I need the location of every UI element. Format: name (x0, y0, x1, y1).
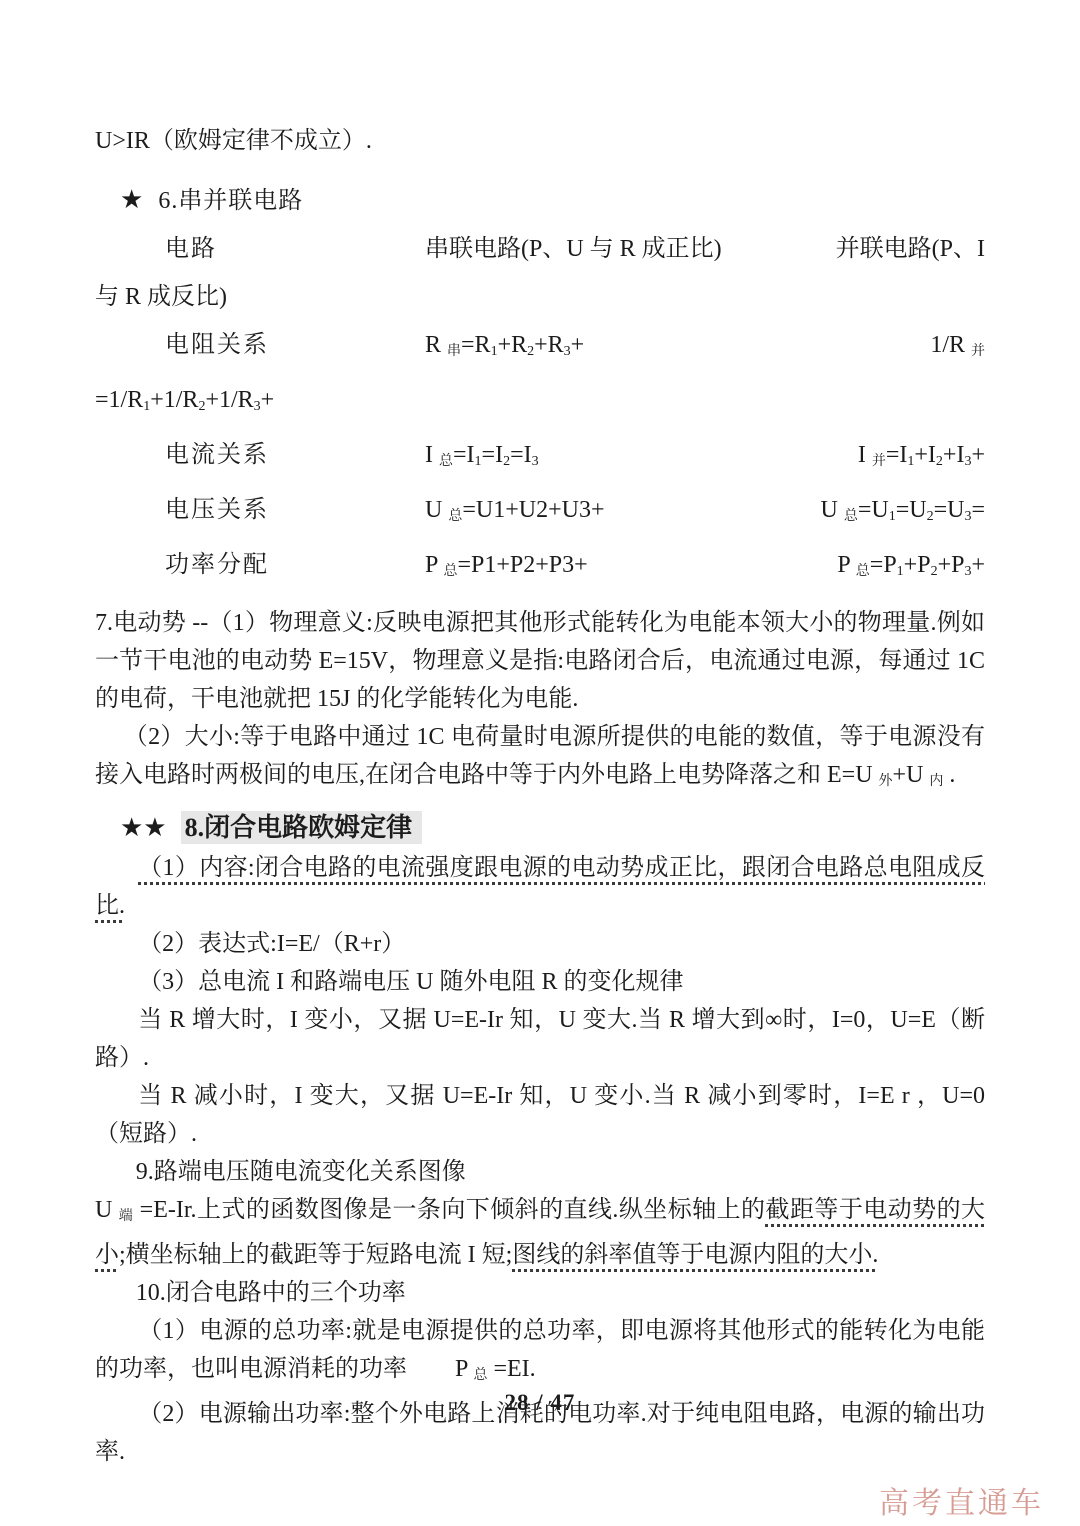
section8-heading: ★★8.闭合电路欧姆定律 (95, 807, 985, 849)
table-row-current: 电流关系 I 总=I1=I2=I3 I 并=I1+I2+I3+ (95, 431, 985, 486)
table-row-resistance-wrap: =1/R1+1/R2+1/R3+ (95, 376, 985, 431)
parallel-voltage-formula: U 总=U1=U2=U3= (725, 486, 985, 541)
document-page: U>IR（欧姆定律不成立）. ★6.串并联电路 电路 串联电路(P、U 与 R … (0, 0, 1080, 1526)
table-row-power: 功率分配 P 总=P1+P2+P3+ P 总=P1+P2+P3+ (95, 541, 985, 596)
table-row-header: 电路 串联电路(P、U 与 R 成正比) 并联电路(P、I (95, 225, 985, 273)
section10: 10.闭合电路中的三个功率 （1）电源的总功率:就是电源提供的总功率，即电源将其… (95, 1274, 985, 1471)
table-cell-parallel: 并联电路(P、I (725, 225, 985, 273)
series-voltage-formula: U 总=U1+U2+U3+ (365, 486, 725, 541)
section8-content: （1）内容:闭合电路的电流强度跟电源的电动势成正比，跟闭合电路总电阻成反比. (95, 849, 985, 925)
circuit-table: 电路 串联电路(P、U 与 R 成正比) 并联电路(P、I 与 R 成反比) 电… (95, 225, 985, 596)
section10-title: 10.闭合电路中的三个功率 (95, 1274, 985, 1312)
star-icon: ★ (120, 185, 144, 214)
series-resistance-formula: R 串=R1+R2+R3+ (365, 321, 725, 376)
section7: 7.电动势 --（1）物理意义:反映电源把其他形式能转化为电能本领大小的物理量.… (95, 604, 985, 801)
section8: （1）内容:闭合电路的电流强度跟电源的电动势成正比，跟闭合电路总电阻成反比. （… (95, 849, 985, 1153)
section6-title: 6.串并联电路 (158, 188, 303, 214)
section8-increase-case: 当 R 增大时，I 变小，又据 U=E-Ir 知，U 变大.当 R 增大到∞时，… (95, 1001, 985, 1077)
intro-line: U>IR（欧姆定律不成立）. (95, 122, 985, 160)
table-cell-label: 电流关系 (95, 431, 365, 486)
section9: 9.路端电压随电流变化关系图像 U 端 =E-Ir.上式的函数图像是一条向下倾斜… (95, 1153, 985, 1274)
table-cell-label: 电阻关系 (95, 321, 365, 376)
section7-paragraph-meaning: 7.电动势 --（1）物理意义:反映电源把其他形式能转化为电能本领大小的物理量.… (95, 604, 985, 718)
section10-total-power: （1）电源的总功率:就是电源提供的总功率，即电源将其他形式的能转化为电能的功率，… (95, 1312, 985, 1395)
section8-rule: （3）总电流 I 和路端电压 U 随外电阻 R 的变化规律 (95, 963, 985, 1001)
table-row-voltage: 电压关系 U 总=U1+U2+U3+ U 总=U1=U2=U3= (95, 486, 985, 541)
section8-title: 8.闭合电路欧姆定律 (181, 811, 423, 844)
parallel-current-formula: I 并=I1+I2+I3+ (725, 431, 985, 486)
parallel-power-formula: P 总=P1+P2+P3+ (725, 541, 985, 596)
section6-heading: ★6.串并联电路 (95, 180, 985, 221)
parallel-resistance-formula: 1/R 并 (725, 321, 985, 376)
table-row-header-wrap: 与 R 成反比) (95, 273, 985, 321)
page-number: 28 / 47 (0, 1390, 1080, 1416)
section8-decrease-case: 当 R 减小时，I 变大，又据 U=E-Ir 知，U 变小.当 R 减小到零时，… (95, 1077, 985, 1153)
table-cell-label: 功率分配 (95, 541, 365, 596)
series-current-formula: I 总=I1=I2=I3 (365, 431, 725, 486)
section9-title: 9.路端电压随电流变化关系图像 (95, 1153, 985, 1191)
double-star-icon: ★★ (120, 813, 167, 842)
section8-expression: （2）表达式:I=E/（R+r） (95, 925, 985, 963)
watermark: 高考直通车 (879, 1478, 1044, 1522)
section7-paragraph-magnitude: （2）大小:等于电路中通过 1C 电荷量时电源所提供的电能的数值，等于电源没有接… (95, 718, 985, 801)
series-power-formula: P 总=P1+P2+P3+ (365, 541, 725, 596)
section9-paragraph: U 端 =E-Ir.上式的函数图像是一条向下倾斜的直线.纵坐标轴上的截距等于电动… (95, 1191, 985, 1274)
table-cell-series: 串联电路(P、U 与 R 成正比) (365, 225, 725, 273)
table-cell-label: 电压关系 (95, 486, 365, 541)
table-row-resistance: 电阻关系 R 串=R1+R2+R3+ 1/R 并 (95, 321, 985, 376)
table-cell-circuit: 电路 (95, 225, 365, 273)
